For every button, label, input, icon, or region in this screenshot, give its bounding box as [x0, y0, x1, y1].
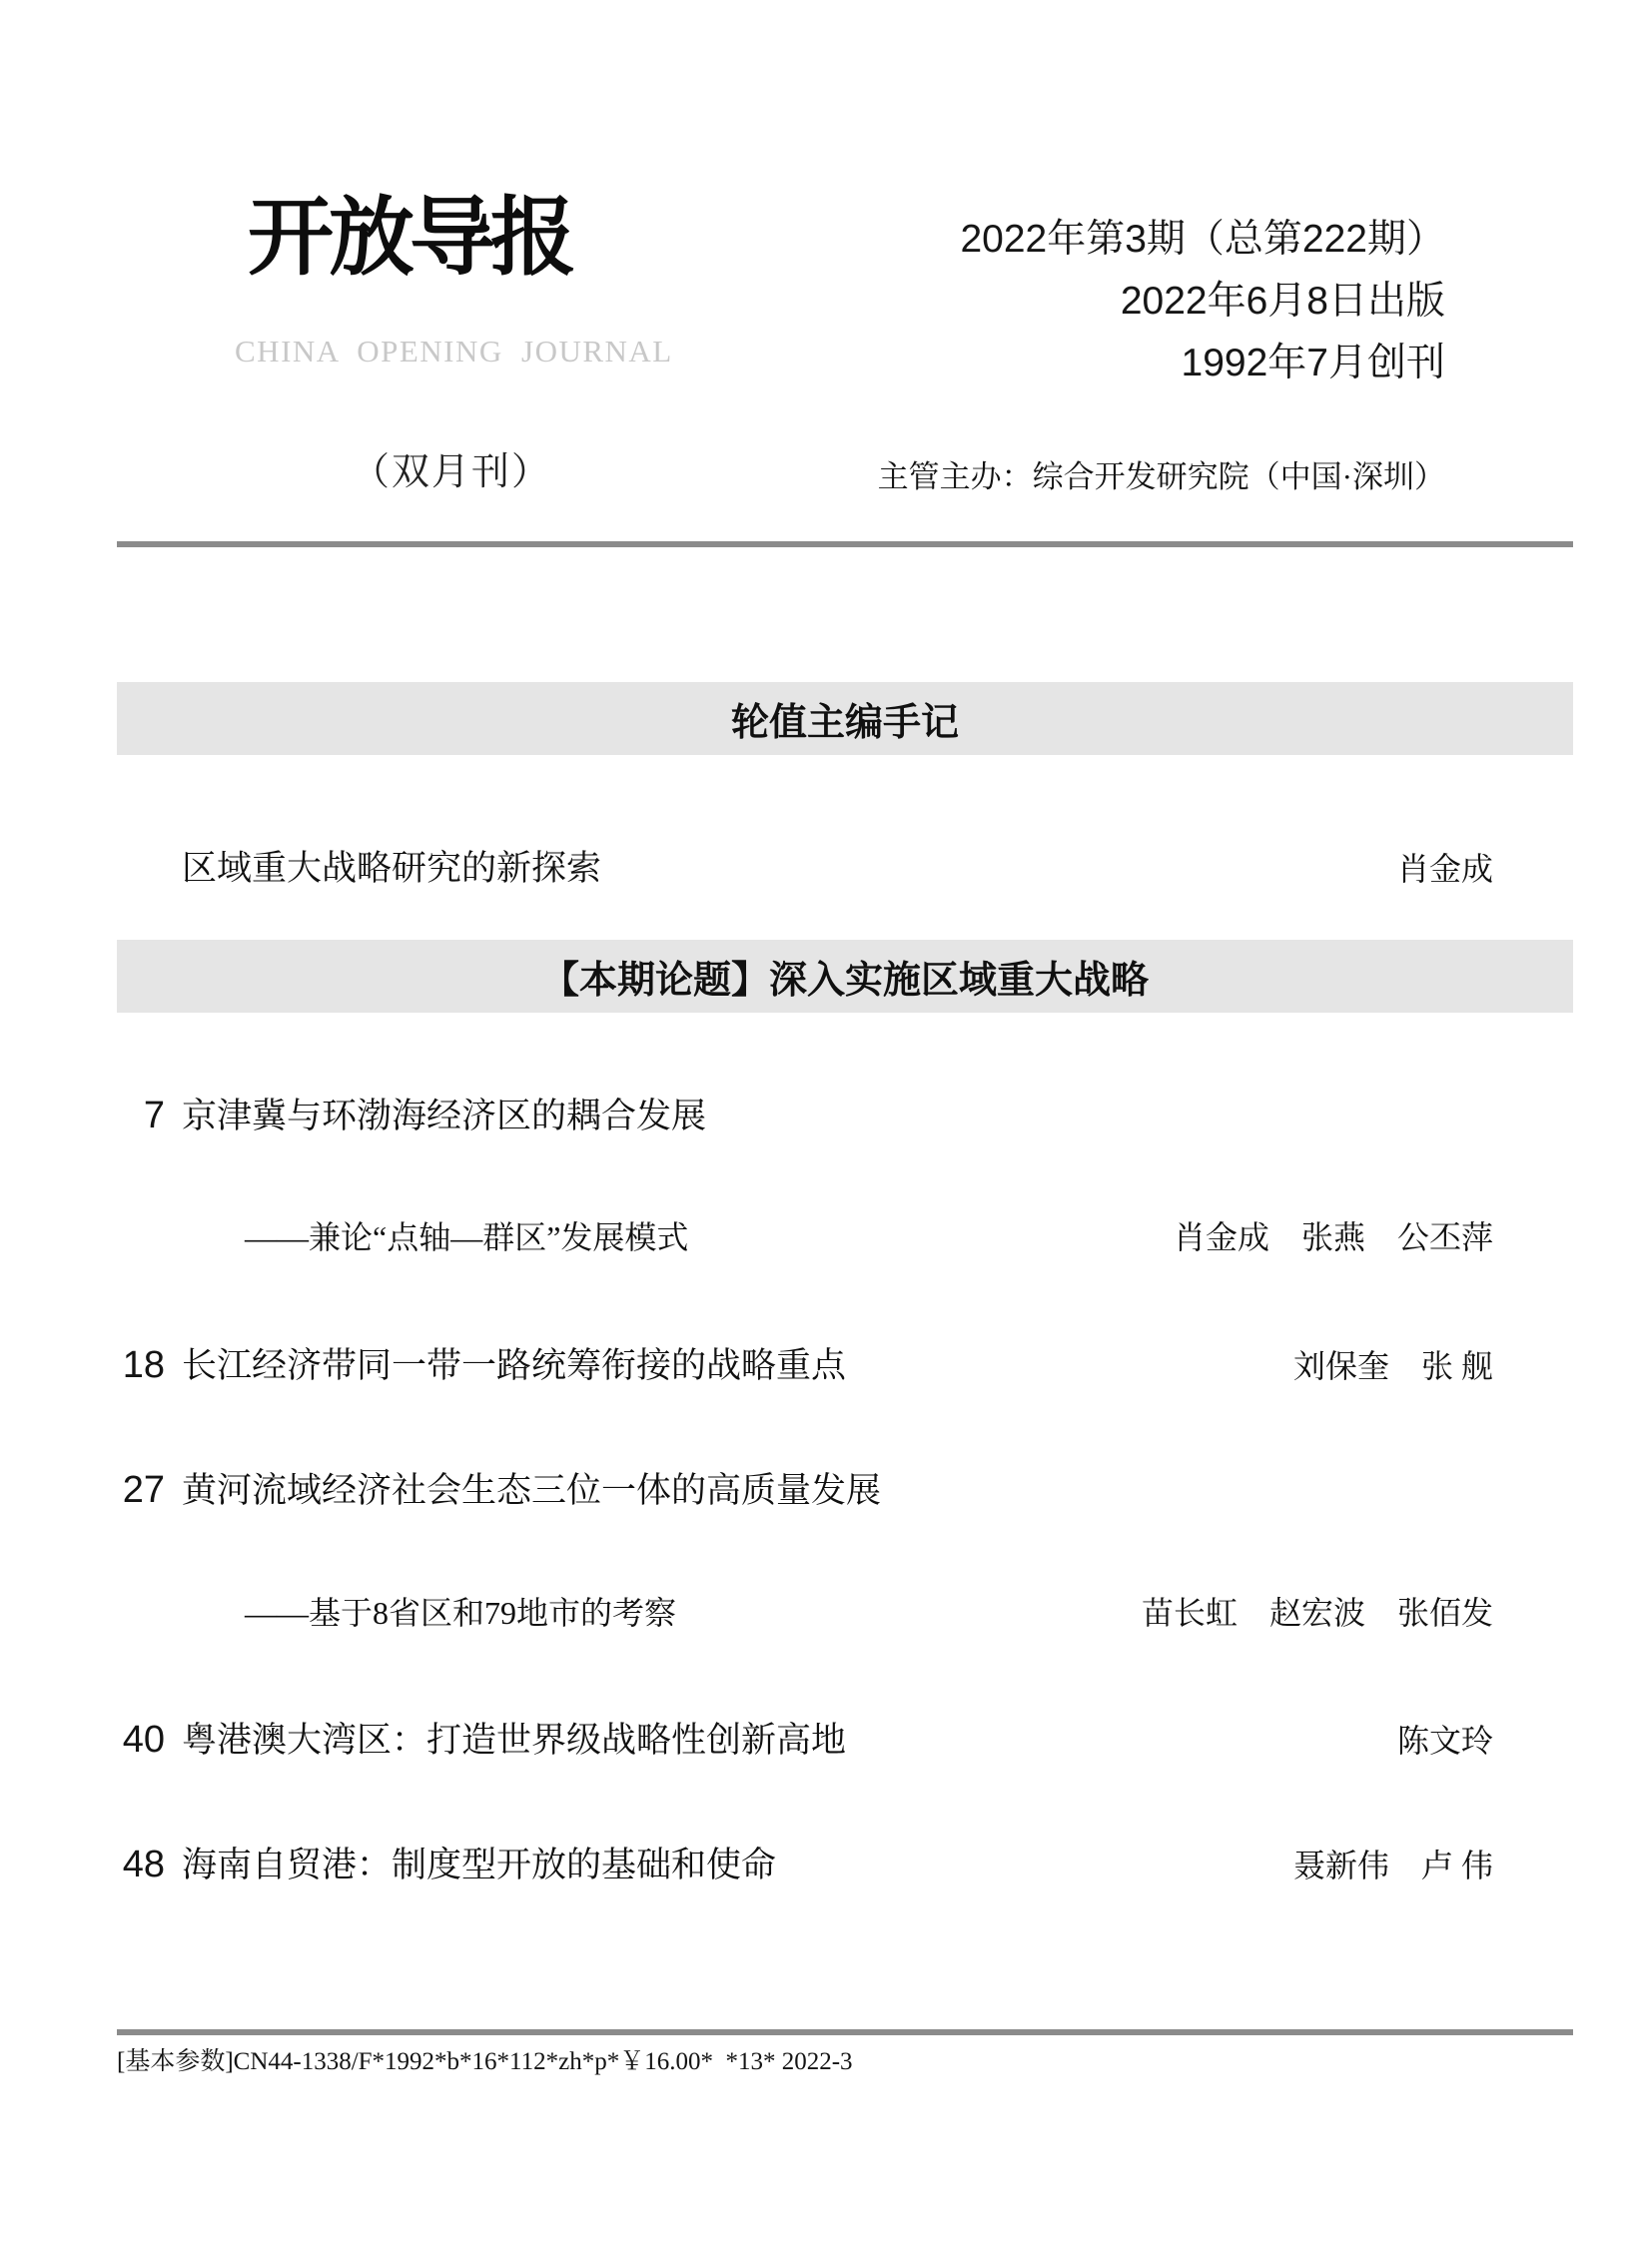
page-number: 18 [117, 1344, 165, 1387]
publish-date: 2022年6月8日出版 [960, 271, 1445, 333]
article-subtitle: ——基于8省区和79地市的考察 [245, 1588, 676, 1634]
article-authors: 刘保奎 张 舰 [1293, 1341, 1573, 1387]
section-header-topic: 【本期论题】深入实施区域重大战略 [117, 940, 1573, 1013]
article-subtitle: ——兼论“点轴—群区”发展模式 [245, 1212, 688, 1258]
article-authors: 肖金成 张燕 公丕萍 [1174, 1212, 1573, 1258]
article-title: 京津冀与环渤海经济区的耦合发展 [182, 1089, 706, 1138]
frequency-label: （双月刊） [352, 440, 551, 495]
article-title: 区域重大战略研究的新探索 [182, 841, 601, 891]
journal-logo-english: CHINA OPENING JOURNAL [235, 334, 673, 370]
section-header-label: 轮值主编手记 [731, 691, 959, 746]
article-authors: 聂新伟 卢 伟 [1293, 1841, 1573, 1886]
article-title: 海南自贸港：制度型开放的基础和使命 [182, 1838, 776, 1887]
organizer-line: 主管主办：综合开发研究院（中国·深圳） [878, 451, 1445, 496]
article-title: 粤港澳大湾区：打造世界级战略性创新高地 [182, 1713, 846, 1763]
toc-row: 27 黄河流域经济社会生态三位一体的高质量发展 [117, 1463, 1573, 1513]
issue-number: 2022年第3期（总第222期） [960, 209, 1445, 271]
founding-date: 1992年7月创刊 [960, 333, 1445, 394]
toc-row: 40 粤港澳大湾区：打造世界级战略性创新高地 陈文玲 [117, 1713, 1573, 1763]
issue-info-block: 2022年第3期（总第222期） 2022年6月8日出版 1992年7月创刊 [960, 209, 1445, 394]
header-divider [117, 541, 1573, 547]
article-authors: 肖金成 [1397, 844, 1573, 890]
journal-logo: 开放导报 [248, 168, 571, 292]
toc-row: 18 长江经济带同一带一路统筹衔接的战略重点 刘保奎 张 舰 [117, 1338, 1573, 1388]
footer-divider [117, 2029, 1573, 2035]
toc-row: 48 海南自贸港：制度型开放的基础和使命 聂新伟 卢 伟 [117, 1838, 1573, 1887]
toc-row: 7 京津冀与环渤海经济区的耦合发展 [117, 1089, 1573, 1138]
toc-row: ——基于8省区和79地市的考察 苗长虹 赵宏波 张佰发 [117, 1588, 1573, 1634]
article-authors: 陈文玲 [1397, 1716, 1573, 1762]
journal-toc-page: 开放导报 CHINA OPENING JOURNAL （双月刊） 2022年第3… [0, 0, 1652, 2242]
toc-row: ——兼论“点轴—群区”发展模式 肖金成 张燕 公丕萍 [117, 1212, 1573, 1258]
article-title: 长江经济带同一带一路统筹衔接的战略重点 [182, 1338, 846, 1388]
page-number: 40 [117, 1719, 165, 1762]
page-number: 48 [117, 1844, 165, 1886]
article-title: 黄河流域经济社会生态三位一体的高质量发展 [182, 1463, 881, 1513]
page-number: 7 [117, 1095, 165, 1137]
toc-row: 区域重大战略研究的新探索 肖金成 [117, 841, 1573, 891]
footer-params: [基本参数]CN44-1338/F*1992*b*16*112*zh*p*￥16… [117, 2041, 853, 2077]
article-authors: 苗长虹 赵宏波 张佰发 [1142, 1588, 1573, 1634]
page-number: 27 [117, 1469, 165, 1512]
section-header-label: 【本期论题】深入实施区域重大战略 [541, 949, 1149, 1004]
section-header-editor-note: 轮值主编手记 [117, 682, 1573, 755]
